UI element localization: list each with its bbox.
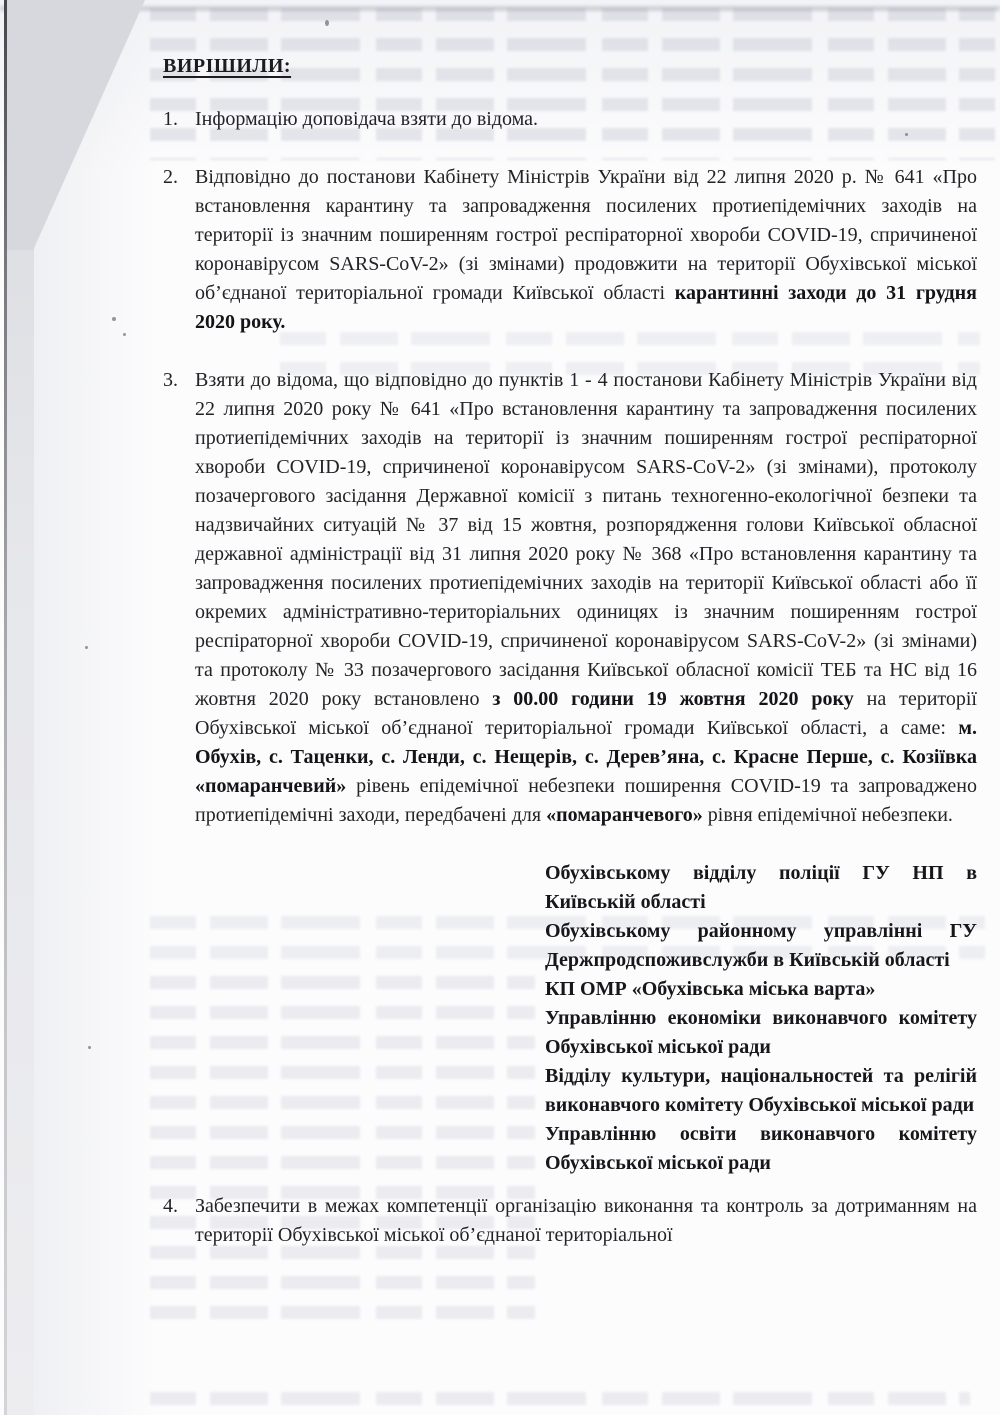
item-text: Інформацію доповідача взяти до відома. [195, 105, 977, 134]
dust-speck [112, 317, 116, 321]
dust-speck [85, 646, 88, 649]
dust-speck [123, 333, 126, 336]
item-text: Забезпечити в межах компетенції організа… [195, 1192, 977, 1250]
addressee-line: КП ОМР «Обухівська міська варта» [545, 975, 977, 1004]
item-text: Відповідно до постанови Кабінету Міністр… [195, 163, 977, 337]
scan-left-edge-line [4, 0, 7, 1415]
document-content: ВИРІШИЛИ: 1.Інформацію доповідача взяти … [163, 52, 977, 1279]
item-text: Взяти до відома, що відповідно до пункті… [195, 366, 977, 830]
bleed-through-ghost-bottom [150, 1392, 970, 1414]
addressee-line: Управлінню економіки виконавчого комітет… [545, 1004, 977, 1062]
decision-items: 1.Інформацію доповідача взяти до відома.… [163, 105, 977, 830]
item-number: 1. [163, 105, 195, 134]
addressee-line: Управлінню освіти виконавчого комітету О… [545, 1120, 977, 1178]
dust-speck [325, 20, 329, 26]
addressee-line: Обухівському відділу поліції ГУ НП в Киї… [545, 859, 977, 917]
resolved-heading: ВИРІШИЛИ: [163, 52, 977, 81]
scanned-document-page: ВИРІШИЛИ: 1.Інформацію доповідача взяти … [0, 0, 1000, 1415]
item-number: 3. [163, 366, 195, 830]
item-number: 2. [163, 163, 195, 337]
decision-items-continued: 4.Забезпечити в межах компетенції органі… [163, 1192, 977, 1250]
item-number: 4. [163, 1192, 195, 1250]
addressee-line: Обухівському районному управлінні ГУ Дер… [545, 917, 977, 975]
decision-item: 4.Забезпечити в межах компетенції органі… [163, 1192, 977, 1250]
addressee-line: Відділу культури, національностей та рел… [545, 1062, 977, 1120]
decision-item: 3.Взяти до відома, що відповідно до пунк… [163, 366, 977, 830]
decision-item: 2.Відповідно до постанови Кабінету Мініс… [163, 163, 977, 337]
dust-speck [88, 1046, 91, 1049]
decision-item: 1.Інформацію доповідача взяти до відома. [163, 105, 977, 134]
addressee-block: Обухівському відділу поліції ГУ НП в Киї… [545, 859, 977, 1178]
